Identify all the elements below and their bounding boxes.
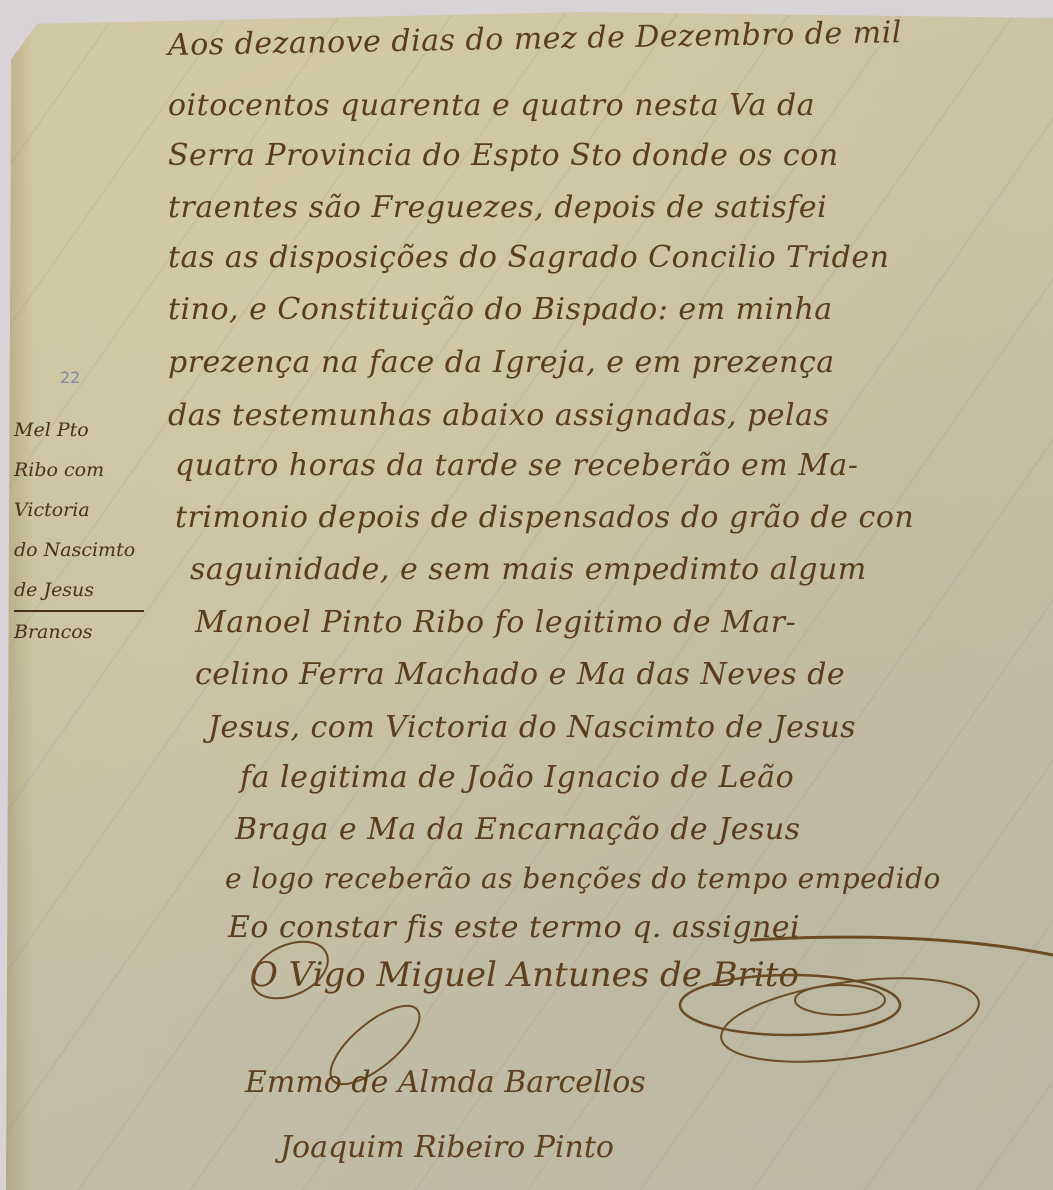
record-line: Braga e Ma da Encarnação de Jesus: [235, 812, 801, 847]
witness-signature-2: Joaquim Ribeiro Pinto: [280, 1130, 614, 1165]
record-line: e logo receberão as benções do tempo emp…: [225, 862, 941, 895]
record-line: quatro horas da tarde se receberão em Ma…: [175, 448, 858, 483]
record-line: Jesus, com Victoria do Nascimto de Jesus: [208, 710, 856, 745]
record-line: oitocentos quarenta e quatro nesta Va da: [168, 88, 815, 123]
record-line: tino, e Constituição do Bispado: em minh…: [168, 292, 833, 327]
margin-note-line: Mel Pto: [14, 410, 144, 450]
record-line: prezença na face da Igreja, e em prezenç…: [168, 345, 835, 380]
record-line: fa legitima de João Ignacio de Leão: [240, 760, 794, 795]
margin-note-line: Brancos: [14, 612, 144, 652]
margin-note-line: de Jesus: [14, 570, 144, 612]
margin-note-line: Ribo com: [14, 450, 144, 490]
record-line: saguinidade, e sem mais empedimto algum: [190, 552, 867, 587]
record-line: traentes são Freguezes, depois de satisf…: [168, 190, 827, 225]
record-line: Manoel Pinto Ribo fo legitimo de Mar-: [195, 605, 796, 640]
margin-note-line: do Nascimto: [14, 530, 144, 570]
record-line: tas as disposições do Sagrado Concilio T…: [168, 240, 889, 275]
record-line: Serra Provincia do Espto Sto donde os co…: [168, 138, 839, 173]
margin-note: Mel Pto Ribo com Victoria do Nascimto de…: [14, 410, 144, 652]
margin-note-line: Victoria: [14, 490, 144, 530]
witness-signature-1: Emmo de Almda Barcellos: [245, 1065, 646, 1100]
record-line: das testemunhas abaixo assignadas, pelas: [168, 398, 829, 433]
record-line: trimonio depois de dispensados do grão d…: [175, 500, 914, 535]
record-line: celino Ferra Machado e Ma das Neves de: [195, 657, 845, 692]
folio-number: 22: [60, 368, 80, 387]
